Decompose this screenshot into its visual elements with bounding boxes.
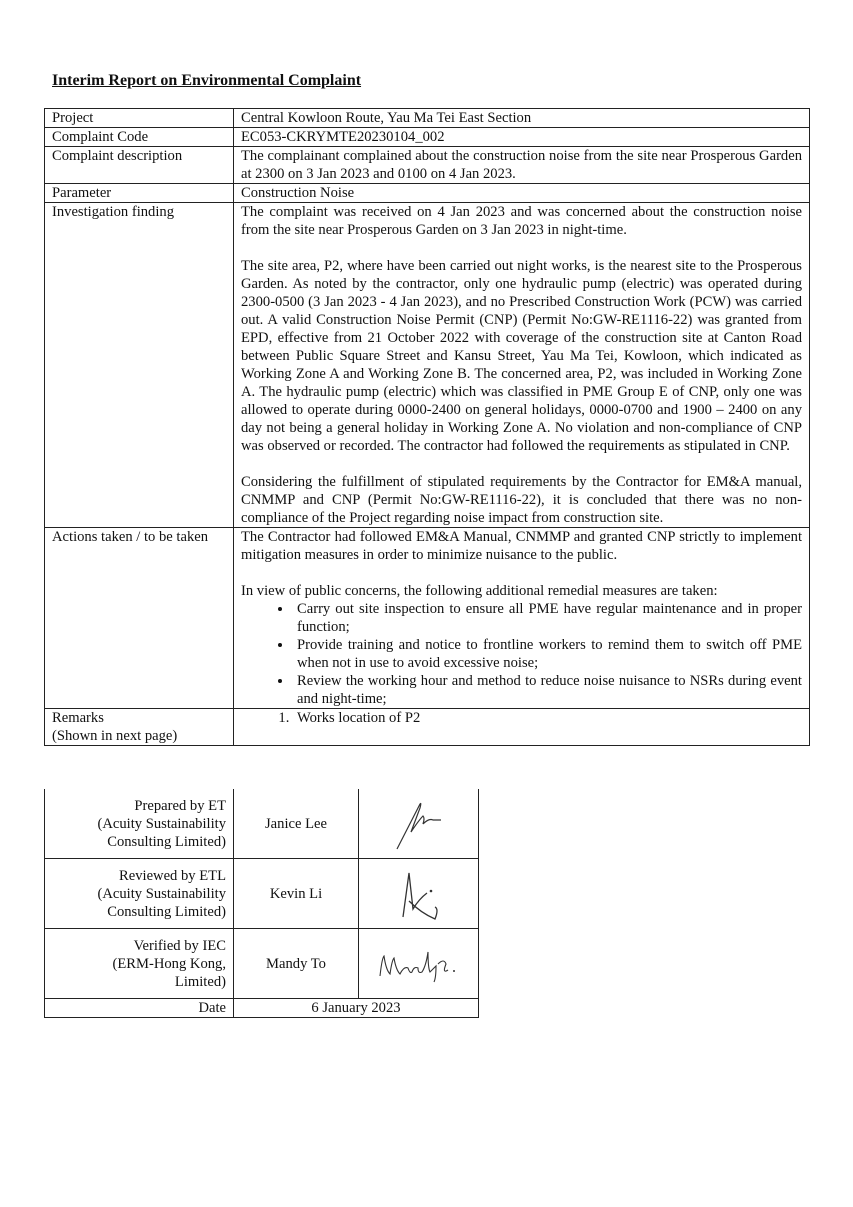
row-actions: Actions taken / to be taken The Contract… bbox=[45, 528, 810, 709]
role-org: (Acuity Sustainability bbox=[52, 885, 226, 903]
row-project: Project Central Kowloon Route, Yau Ma Te… bbox=[45, 109, 810, 128]
value-parameter: Construction Noise bbox=[234, 184, 810, 203]
value-complaint-code: EC053-CKRYMTE20230104_002 bbox=[234, 128, 810, 147]
role-prepared: Prepared by ET (Acuity Sustainability Co… bbox=[45, 789, 234, 859]
report-title: Interim Report on Environmental Complain… bbox=[52, 72, 361, 90]
finding-paragraph: The complaint was received on 4 Jan 2023… bbox=[241, 203, 802, 239]
complaint-details-table: Project Central Kowloon Route, Yau Ma Te… bbox=[44, 108, 810, 746]
role-org: Consulting Limited) bbox=[52, 833, 226, 851]
row-complaint-description: Complaint description The complainant co… bbox=[45, 147, 810, 184]
row-remarks: Remarks (Shown in next page) Works locat… bbox=[45, 709, 810, 746]
actions-intro: The Contractor had followed EM&A Manual,… bbox=[241, 528, 802, 564]
signoff-row-verified: Verified by IEC (ERM-Hong Kong, Limited)… bbox=[45, 929, 479, 999]
label-remarks: Remarks (Shown in next page) bbox=[45, 709, 234, 746]
role-reviewed: Reviewed by ETL (Acuity Sustainability C… bbox=[45, 859, 234, 929]
remedial-measures-list: Carry out site inspection to ensure all … bbox=[241, 600, 802, 708]
signature-cell bbox=[359, 929, 479, 999]
remarks-list: Works location of P2 bbox=[241, 709, 802, 727]
signature-kevin-li-icon bbox=[389, 863, 449, 925]
label-investigation-finding: Investigation finding bbox=[45, 203, 234, 528]
role-title: Prepared by ET bbox=[52, 797, 226, 815]
signature-cell bbox=[359, 859, 479, 929]
value-investigation-finding: The complaint was received on 4 Jan 2023… bbox=[234, 203, 810, 528]
role-verified: Verified by IEC (ERM-Hong Kong, Limited) bbox=[45, 929, 234, 999]
value-project: Central Kowloon Route, Yau Ma Tei East S… bbox=[234, 109, 810, 128]
label-complaint-code: Complaint Code bbox=[45, 128, 234, 147]
finding-paragraph: The site area, P2, where have been carri… bbox=[241, 257, 802, 455]
remark-item: Works location of P2 bbox=[293, 709, 802, 727]
signer-name: Kevin Li bbox=[234, 859, 359, 929]
measure-item: Review the working hour and method to re… bbox=[293, 672, 802, 708]
signature-janice-lee-icon bbox=[389, 794, 449, 854]
actions-lead: In view of public concerns, the followin… bbox=[241, 582, 802, 600]
value-actions: The Contractor had followed EM&A Manual,… bbox=[234, 528, 810, 709]
signoff-row-reviewed: Reviewed by ETL (Acuity Sustainability C… bbox=[45, 859, 479, 929]
signer-name: Mandy To bbox=[234, 929, 359, 999]
remarks-label: Remarks bbox=[52, 709, 226, 727]
label-actions: Actions taken / to be taken bbox=[45, 528, 234, 709]
role-org: (Acuity Sustainability bbox=[52, 815, 226, 833]
role-org: Limited) bbox=[52, 973, 226, 991]
signature-cell bbox=[359, 789, 479, 859]
finding-paragraph: Considering the fulfillment of stipulate… bbox=[241, 473, 802, 527]
role-title: Reviewed by ETL bbox=[52, 867, 226, 885]
value-complaint-description: The complainant complained about the con… bbox=[234, 147, 810, 184]
measure-item: Carry out site inspection to ensure all … bbox=[293, 600, 802, 636]
date-label: Date bbox=[45, 999, 234, 1018]
label-parameter: Parameter bbox=[45, 184, 234, 203]
signature-mandy-to-icon bbox=[374, 944, 464, 984]
row-investigation-finding: Investigation finding The complaint was … bbox=[45, 203, 810, 528]
signoff-row-date: Date 6 January 2023 bbox=[45, 999, 479, 1018]
signoff-row-prepared: Prepared by ET (Acuity Sustainability Co… bbox=[45, 789, 479, 859]
role-title: Verified by IEC bbox=[52, 937, 226, 955]
row-complaint-code: Complaint Code EC053-CKRYMTE20230104_002 bbox=[45, 128, 810, 147]
value-remarks: Works location of P2 bbox=[234, 709, 810, 746]
signer-name: Janice Lee bbox=[234, 789, 359, 859]
signoff-table: Prepared by ET (Acuity Sustainability Co… bbox=[44, 789, 479, 1018]
measure-item: Provide training and notice to frontline… bbox=[293, 636, 802, 672]
label-project: Project bbox=[45, 109, 234, 128]
role-org: Consulting Limited) bbox=[52, 903, 226, 921]
date-value: 6 January 2023 bbox=[234, 999, 479, 1018]
remarks-note: (Shown in next page) bbox=[52, 727, 226, 745]
role-org: (ERM-Hong Kong, bbox=[52, 955, 226, 973]
label-complaint-description: Complaint description bbox=[45, 147, 234, 184]
row-parameter: Parameter Construction Noise bbox=[45, 184, 810, 203]
